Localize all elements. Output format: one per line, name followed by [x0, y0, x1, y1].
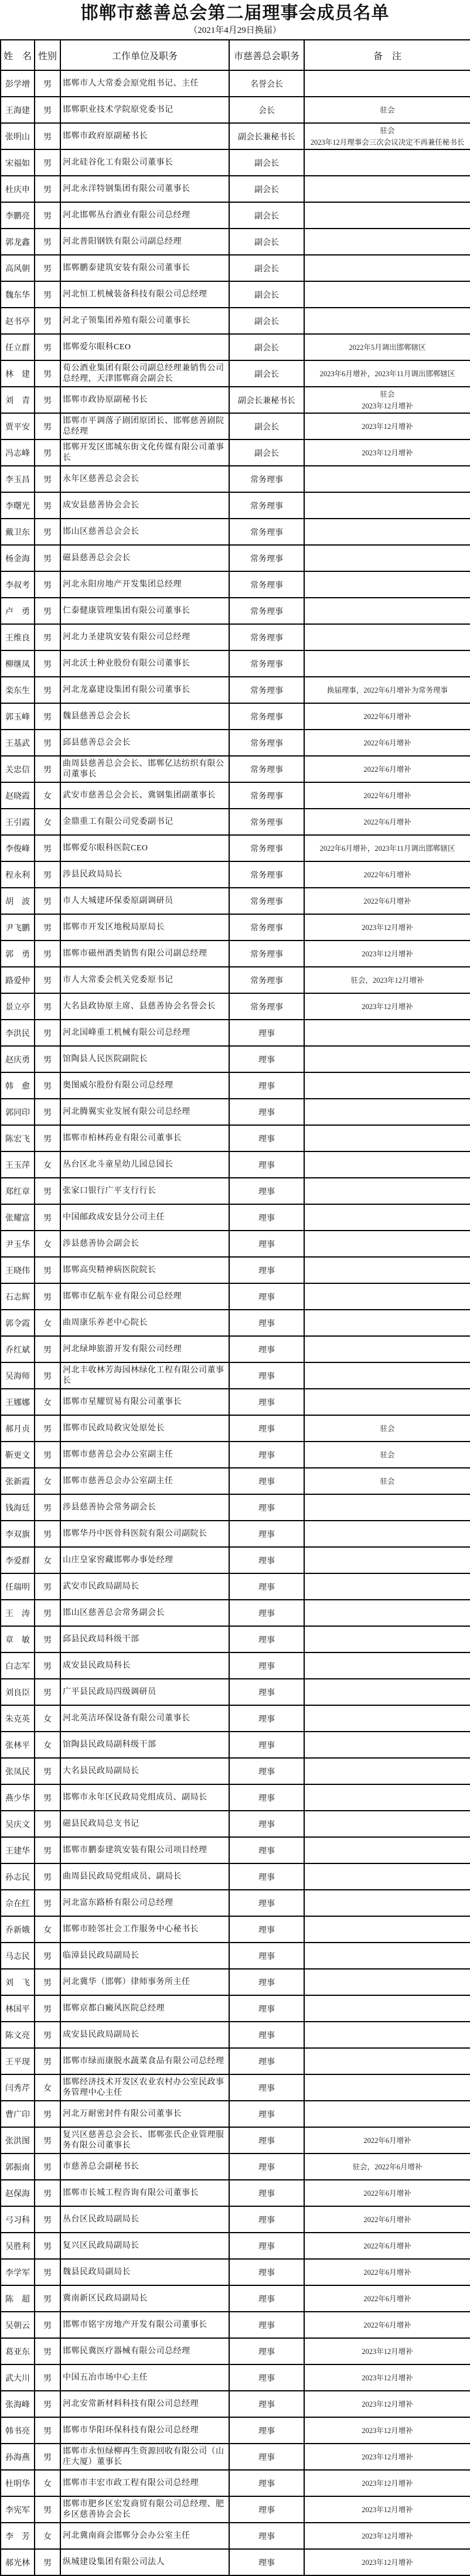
member-name: 陈文亮 — [1, 2022, 35, 2048]
member-association-role: 理事 — [229, 2154, 304, 2180]
member-work-title: 邯郸市磁州酒类销售有限公司副总经理 — [60, 941, 229, 967]
table-row: 刘 青 男 邯郸市政协原副秘书长 副会长兼秘书长 驻会 2023年12月增补 — [1, 387, 470, 413]
member-work-title: 纵城建设集团有限公司法人 — [60, 2549, 229, 2575]
member-remark — [304, 1336, 470, 1362]
member-name: 吴胜利 — [1, 2233, 35, 2259]
member-name: 魏东华 — [1, 281, 35, 308]
member-work-title: 邯郸市丰宏市政工程有限公司总经理 — [60, 2470, 229, 2496]
member-gender: 男 — [35, 281, 60, 308]
member-remark: 2022年6月增补 — [304, 2127, 470, 2154]
member-association-role: 常务理事 — [229, 941, 304, 967]
table-row: 卢 勇 男 仁泰健康管理集团有限公司董事长 常务理事 — [1, 598, 470, 624]
member-gender: 女 — [35, 1732, 60, 1758]
member-gender: 男 — [35, 1178, 60, 1204]
member-work-title: 中国邮政成安县分公司主任 — [60, 1204, 229, 1231]
member-name: 关忠信 — [1, 756, 35, 782]
member-gender: 男 — [35, 519, 60, 545]
table-row: 王平现 男 邯郸市绿而康脱水蔬菜食品有限公司总经理 理事 — [1, 2048, 470, 2074]
member-remark: 2023年12月增补 — [304, 413, 470, 439]
member-name: 吴海师 — [1, 1362, 35, 1389]
member-gender: 男 — [35, 176, 60, 202]
header-remark: 备 注 — [304, 40, 470, 70]
member-work-title: 张家口银行广平支行行长 — [60, 1178, 229, 1204]
member-gender: 男 — [35, 2127, 60, 2154]
member-name: 高风朝 — [1, 255, 35, 281]
header-association-role: 市慈善总会职务 — [229, 40, 304, 70]
member-association-role: 常务理事 — [229, 624, 304, 650]
table-row: 宋福如 男 河北硅谷化工有限公司董事长 副会长 — [1, 149, 470, 176]
member-remark: 2022年6月增补 — [304, 861, 470, 888]
member-work-title: 邯郸市政协原副秘书长 — [60, 387, 229, 413]
member-association-role: 常务理事 — [229, 650, 304, 677]
member-remark — [304, 519, 470, 545]
member-work-title: 磁县民政局总支书记 — [60, 1811, 229, 1837]
member-remark — [304, 650, 470, 677]
member-remark: 2023年12月增补 — [304, 2391, 470, 2417]
member-remark — [304, 1494, 470, 1521]
member-association-role: 副会长 — [229, 281, 304, 308]
member-association-role: 常务理事 — [229, 993, 304, 1020]
member-gender: 女 — [35, 1231, 60, 1257]
member-name: 郭 勇 — [1, 941, 35, 967]
member-gender: 男 — [35, 1600, 60, 1626]
member-association-role: 理事 — [229, 1389, 304, 1415]
table-row: 栾东生 男 河北龙嘉建设集团有限公司董事长 常务理事 换届理事，2022年6月增… — [1, 677, 470, 703]
member-association-role: 理事 — [229, 1310, 304, 1336]
member-name: 李学军 — [1, 2259, 35, 2285]
member-name: 孙志民 — [1, 1863, 35, 1890]
member-gender: 男 — [35, 1362, 60, 1389]
member-association-role: 副会长兼秘书长 — [229, 123, 304, 149]
table-row: 吴庆文 男 磁县民政局总支书记 理事 — [1, 1811, 470, 1837]
member-gender: 男 — [35, 229, 60, 255]
member-association-role: 理事 — [229, 2417, 304, 2444]
member-association-role: 副会长 — [229, 360, 304, 387]
member-name: 刘良臣 — [1, 1679, 35, 1705]
member-association-role: 常务理事 — [229, 835, 304, 861]
member-name: 陈 超 — [1, 2285, 35, 2312]
member-gender: 男 — [35, 2417, 60, 2444]
member-remark — [304, 1151, 470, 1178]
member-gender: 男 — [35, 1626, 60, 1652]
member-name: 张明山 — [1, 123, 35, 149]
member-work-title: 河北绿坤旅游开发有限公司经理 — [60, 1336, 229, 1362]
member-remark: 2022年6月增补 — [304, 2312, 470, 2338]
member-gender: 男 — [35, 2364, 60, 2391]
member-name: 李玉昌 — [1, 466, 35, 492]
member-gender: 女 — [35, 1151, 60, 1178]
member-work-title: 邯郸市星耀贸易有限公司董事长 — [60, 1389, 229, 1415]
member-work-title: 武安市慈善总会会长、冀钢集团副董事长 — [60, 782, 229, 809]
member-work-title: 邯郸市亿航车业有限公司总经理 — [60, 1283, 229, 1310]
table-row: 王晓伟 男 邯郸高臾精神病医院院长 理事 — [1, 1257, 470, 1283]
member-association-role: 理事 — [229, 1547, 304, 1573]
member-association-role: 常务理事 — [229, 861, 304, 888]
member-association-role: 理事 — [229, 1521, 304, 1547]
member-remark — [304, 1231, 470, 1257]
member-association-role: 理事 — [229, 2022, 304, 2048]
table-row: 冯志峰 男 邯郸开发区邯城东街文化传媒有限公司董事长 副会长 2023年12月增… — [1, 439, 470, 466]
member-name: 葛亚东 — [1, 2338, 35, 2364]
member-name: 张凤民 — [1, 1758, 35, 1784]
member-remark — [304, 1916, 470, 1943]
member-association-role: 理事 — [229, 1257, 304, 1283]
member-gender: 男 — [35, 1283, 60, 1310]
member-gender: 男 — [35, 1020, 60, 1046]
member-name: 章 敏 — [1, 1626, 35, 1652]
member-work-title: 大名县民政局副局长 — [60, 1758, 229, 1784]
member-work-title: 邱县慈善总会会长 — [60, 730, 229, 756]
member-name: 杜庆申 — [1, 176, 35, 202]
member-work-title: 市人大城建环保委原副调研员 — [60, 888, 229, 914]
member-gender: 男 — [35, 1046, 60, 1072]
table-row: 韩 愈 男 奥图威尔股份有限公司总经理 理事 — [1, 1072, 470, 1099]
member-name: 王玉萍 — [1, 1151, 35, 1178]
member-work-title: 河北国峰重工机械有限公司总经理 — [60, 1020, 229, 1046]
table-row: 靳更文 男 邯郸市慈善总会办公室副主任 理事 驻会 — [1, 1442, 470, 1468]
member-association-role: 理事 — [229, 1231, 304, 1257]
member-remark: 2022年6月增补 — [304, 2206, 470, 2233]
member-name: 杜明华 — [1, 2470, 35, 2496]
members-table: 姓 名 性别 工作单位及职务 市慈善总会职务 备 注 彭学增 男 邯郸市人大常委… — [0, 39, 470, 2576]
member-name: 任立群 — [1, 334, 35, 360]
table-row: 张新霞 女 邯郸市慈善总会办公室副主任 理事 驻会 — [1, 1468, 470, 1494]
member-gender: 男 — [35, 334, 60, 360]
member-association-role: 副会长 — [229, 255, 304, 281]
table-row: 吴海师 男 河北丰收林芳海园林绿化工程有限公司董事长 理事 — [1, 1362, 470, 1389]
member-work-title: 冀南新区民政局副局长 — [60, 2285, 229, 2312]
table-row: 彭学增 男 邯郸市人大常委会原党组书记、主任 名誉会长 — [1, 70, 470, 97]
member-work-title: 成安县慈善协会会长 — [60, 492, 229, 519]
member-gender: 男 — [35, 1072, 60, 1099]
member-name: 李宪军 — [1, 2496, 35, 2523]
member-association-role: 理事 — [229, 1626, 304, 1652]
table-row: 尹飞鹏 男 邯郸市开发区地税局原局长 常务理事 2023年12月增补 — [1, 914, 470, 941]
member-work-title: 河北沃土种业股份有限公司董事长 — [60, 650, 229, 677]
table-header: 姓 名 性别 工作单位及职务 市慈善总会职务 备 注 — [1, 40, 470, 70]
member-work-title: 邯郸市长城工程咨询有限公司董事长 — [60, 2180, 229, 2206]
table-row: 钱海廷 男 涉县慈善协会常务副会长 理事 — [1, 1494, 470, 1521]
member-work-title: 河北子领集团养殖有限公司董事长 — [60, 308, 229, 334]
table-row: 赵书亭 男 河北子领集团养殖有限公司董事长 副会长 — [1, 308, 470, 334]
member-gender: 女 — [35, 2523, 60, 2549]
member-gender: 男 — [35, 2444, 60, 2470]
member-gender: 男 — [35, 1442, 60, 1468]
member-remark: 2023年12月增补 — [304, 439, 470, 466]
member-name: 石志辉 — [1, 1283, 35, 1310]
table-row: 弓习科 男 丛台区民政局副局长 理事 2022年6月增补 — [1, 2206, 470, 2233]
member-gender: 男 — [35, 387, 60, 413]
member-work-title: 河北安常新材料科技有限公司总经理 — [60, 2391, 229, 2417]
table-row: 燕少华 男 邯郸市永年区民政局党组成员、副局长 理事 — [1, 1784, 470, 1811]
member-name: 张耀富 — [1, 1204, 35, 1231]
member-name: 李爱群 — [1, 1547, 35, 1573]
member-name: 王晓伟 — [1, 1257, 35, 1283]
table-row: 关忠信 男 曲周县慈善总会会长、邯郸亿达纺织有限公司董事长 常务理事 2022年… — [1, 756, 470, 782]
member-gender: 男 — [35, 1943, 60, 1969]
member-association-role: 理事 — [229, 1099, 304, 1125]
table-row: 赵保海 男 邯郸市长城工程咨询有限公司董事长 理事 2022年6月增补 — [1, 2180, 470, 2206]
member-name: 张新霞 — [1, 1468, 35, 1494]
member-association-role: 理事 — [229, 2496, 304, 2523]
member-gender: 男 — [35, 413, 60, 439]
member-name: 李叔考 — [1, 571, 35, 598]
member-name: 柳继凤 — [1, 650, 35, 677]
member-work-title: 魏县民政局副局长 — [60, 2259, 229, 2285]
table-row: 景立亭 男 大名县政协原主席、县慈善协会名誉会长 常务理事 2023年12月增补 — [1, 993, 470, 1020]
table-row: 张耀富 男 中国邮政成安县分公司主任 理事 — [1, 1204, 470, 1231]
member-remark — [304, 281, 470, 308]
table-row: 郑红章 男 张家口银行广平支行行长 理事 — [1, 1178, 470, 1204]
member-remark — [304, 1072, 470, 1099]
member-association-role: 理事 — [229, 1705, 304, 1732]
table-row: 陈 超 男 冀南新区民政局副局长 理事 2022年6月增补 — [1, 2285, 470, 2312]
member-association-role: 理事 — [229, 1204, 304, 1231]
table-row: 陈宏飞 男 邯郸市柏林药业有限公司董事长 理事 — [1, 1125, 470, 1151]
member-work-title: 邯郸市民政局救灾处原处长 — [60, 1415, 229, 1442]
member-remark: 驻会 2023年12月增补 — [304, 387, 470, 413]
member-association-role: 理事 — [229, 1969, 304, 1995]
member-association-role: 理事 — [229, 2523, 304, 2549]
member-gender: 男 — [35, 624, 60, 650]
member-name: 卢 勇 — [1, 598, 35, 624]
member-association-role: 理事 — [229, 1573, 304, 1600]
table-row: 白志军 男 成安县民政局科长 理事 — [1, 1652, 470, 1679]
member-work-title: 河北冀南商会邯郸分会办公室主任 — [60, 2523, 229, 2549]
member-remark: 2022年6月增补 — [304, 2285, 470, 2312]
member-work-title: 邯郸市慈善总会办公室副主任 — [60, 1442, 229, 1468]
member-gender: 男 — [35, 1099, 60, 1125]
member-remark — [304, 1178, 470, 1204]
member-name: 李双旗 — [1, 1521, 35, 1547]
member-remark: 2022年6月增补 — [304, 756, 470, 782]
member-association-role: 常务理事 — [229, 809, 304, 835]
table-row: 林国平 男 邯郸京都白癜风医院总经理 理事 — [1, 1995, 470, 2022]
member-remark — [304, 571, 470, 598]
member-work-title: 邯郸市慈善总会办公室副主任 — [60, 1468, 229, 1494]
member-remark — [304, 1362, 470, 1389]
member-gender: 男 — [35, 2391, 60, 2417]
member-remark — [304, 1573, 470, 1600]
member-work-title: 市慈善总会副秘书长 — [60, 2154, 229, 2180]
header-name: 姓 名 — [1, 40, 35, 70]
member-remark — [304, 1310, 470, 1336]
member-work-title: 武安市民政局副局长 — [60, 1573, 229, 1600]
member-gender: 男 — [35, 439, 60, 466]
member-work-title: 涉县慈善协会常务副会长 — [60, 1494, 229, 1521]
member-remark — [304, 149, 470, 176]
member-work-title: 邯郸市华阳环保科技有限公司总经理 — [60, 2417, 229, 2444]
member-gender: 女 — [35, 809, 60, 835]
member-name: 韩书亮 — [1, 2417, 35, 2444]
member-remark — [304, 1969, 470, 1995]
member-gender: 男 — [35, 993, 60, 1020]
page-subtitle: （2021年4月29日换届） — [0, 24, 470, 38]
member-gender: 男 — [35, 1890, 60, 1916]
member-gender: 男 — [35, 888, 60, 914]
member-name: 贾平安 — [1, 413, 35, 439]
member-gender: 男 — [35, 2496, 60, 2523]
member-name: 李 芳 — [1, 2523, 35, 2549]
table-row: 任立群 男 邯郸爱尔眼科CEO 副会长 2022年5月调出邯郸辖区 — [1, 334, 470, 360]
table-row: 刘 飞 男 河北冀华（邯郸）律师事务所主任 理事 — [1, 1969, 470, 1995]
member-work-title: 馆陶县民政局副科级干部 — [60, 1732, 229, 1758]
member-gender: 男 — [35, 835, 60, 861]
table-row: 王 涛 男 邯山区慈善总会常务副会长 理事 — [1, 1600, 470, 1626]
member-work-title: 曲周县民政局党组成员、副局长 — [60, 1863, 229, 1890]
member-name: 佘在红 — [1, 1890, 35, 1916]
member-gender: 男 — [35, 598, 60, 624]
member-work-title: 永年区慈善总会会长 — [60, 466, 229, 492]
table-row: 郭玉峰 男 魏县慈善总会会长 常务理事 2022年6月增补 — [1, 703, 470, 730]
member-work-title: 邯郸爱尔眼科医院CEO — [60, 835, 229, 861]
member-gender: 男 — [35, 1573, 60, 1600]
member-work-title: 河北英洁环保设备有限公司董事长 — [60, 1705, 229, 1732]
member-work-title: 仁泰健康管理集团有限公司董事长 — [60, 598, 229, 624]
member-gender: 男 — [35, 545, 60, 571]
member-gender: 男 — [35, 2233, 60, 2259]
member-name: 栾东生 — [1, 677, 35, 703]
member-remark: 2023年12月增补 — [304, 2417, 470, 2444]
member-work-title: 邯郸市肥乡区宏发商贸有限公司总经理、肥乡区慈善协会会长 — [60, 2496, 229, 2523]
member-association-role: 理事 — [229, 2549, 304, 2575]
member-remark: 2023年6月增补，2023年11月调出邯郸辖区 — [304, 360, 470, 387]
table-row: 王维良 男 河北力圣建筑安装有限公司总经理 常务理事 — [1, 624, 470, 650]
member-association-role: 理事 — [229, 1758, 304, 1784]
table-row: 李曙光 男 成安县慈善协会会长 常务理事 — [1, 492, 470, 519]
member-name: 宋福如 — [1, 149, 35, 176]
header-row: 姓 名 性别 工作单位及职务 市慈善总会职务 备 注 — [1, 40, 470, 70]
member-association-role: 理事 — [229, 1890, 304, 1916]
member-remark — [304, 70, 470, 97]
member-gender: 男 — [35, 1521, 60, 1547]
member-gender: 男 — [35, 360, 60, 387]
table-row: 张明山 男 邯郸市政府原副秘书长 副会长兼秘书长 驻会 2023年12月理事会三… — [1, 123, 470, 149]
table-row: 孙志民 男 曲周县民政局党组成员、副局长 理事 — [1, 1863, 470, 1890]
table-row: 武大川 男 中国五冶市场中心主任 理事 2023年12月增补 — [1, 2364, 470, 2391]
member-gender: 男 — [35, 1415, 60, 1442]
member-gender: 男 — [35, 149, 60, 176]
member-work-title: 磁县慈善总会会长 — [60, 545, 229, 571]
member-name: 李曙光 — [1, 492, 35, 519]
member-association-role: 常务理事 — [229, 519, 304, 545]
document-page: 邯郸市慈善总会第二届理事会成员名单 （2021年4月29日换届） 姓 名 性别 … — [0, 0, 470, 2576]
member-remark — [304, 1626, 470, 1652]
member-work-title: 魏县慈善总会会长 — [60, 703, 229, 730]
member-remark — [304, 1705, 470, 1732]
member-work-title: 河北丰收林芳海园林绿化工程有限公司董事长 — [60, 1362, 229, 1389]
table-row: 朱克英 女 河北英洁环保设备有限公司董事长 理事 — [1, 1705, 470, 1732]
member-remark — [304, 2074, 470, 2101]
member-association-role: 理事 — [229, 2312, 304, 2338]
member-remark: 驻会 2023年12月理事会三次会议决定不再兼任秘书长 — [304, 123, 470, 149]
member-association-role: 理事 — [229, 1811, 304, 1837]
member-remark: 驻会 — [304, 1442, 470, 1468]
member-remark — [304, 1837, 470, 1863]
member-gender: 男 — [35, 1652, 60, 1679]
member-association-role: 副会长 — [229, 334, 304, 360]
member-work-title: 山庄皇家窖藏邯郸办事处经理 — [60, 1547, 229, 1573]
member-remark — [304, 1125, 470, 1151]
member-work-title: 邯郸市平调落子剧团原团长、邯郸慈善剧院总经理 — [60, 413, 229, 439]
member-work-title: 邯郸市人大常委会原党组书记、主任 — [60, 70, 229, 97]
member-remark: 2022年6月增补 — [304, 703, 470, 730]
member-association-role: 理事 — [229, 1837, 304, 1863]
member-remark: 2023年12月增补 — [304, 941, 470, 967]
member-gender: 男 — [35, 1679, 60, 1705]
table-row: 杜庆申 男 河北永洋特钢集团有限公司董事长 副会长 — [1, 176, 470, 202]
member-association-role: 常务理事 — [229, 782, 304, 809]
table-row: 张林平 女 馆陶县民政局副科级干部 理事 — [1, 1732, 470, 1758]
member-work-title: 邱县民政局科级干部 — [60, 1626, 229, 1652]
member-name: 戴卫东 — [1, 519, 35, 545]
table-row: 葛亚东 男 邯郸民冀医疗器械有限公司总经理 理事 2023年12月增补 — [1, 2338, 470, 2364]
table-row: 郝光林 男 纵城建设集团有限公司法人 理事 2023年12月增补 — [1, 2549, 470, 2575]
member-remark: 2023年12月增补 — [304, 2549, 470, 2575]
member-remark: 2023年12月增补 — [304, 2523, 470, 2549]
member-remark: 驻会，2022年6月增补 — [304, 2154, 470, 2180]
member-remark — [304, 1204, 470, 1231]
member-name: 吴朝云 — [1, 2312, 35, 2338]
member-work-title: 邯郸华丹中医骨科医院有限公司副院长 — [60, 1521, 229, 1547]
member-remark: 2022年6月增补 — [304, 809, 470, 835]
member-gender: 男 — [35, 123, 60, 149]
member-name: 赵保海 — [1, 2180, 35, 2206]
member-remark: 换届理事，2022年6月增补为常务理事 — [304, 677, 470, 703]
member-name: 郝光林 — [1, 2549, 35, 2575]
table-row: 王建华 男 邯郸市鹏泰建筑安装有限公司项目经理 理事 — [1, 1837, 470, 1863]
table-row: 吴胜利 男 复兴区民政局副局长 理事 2022年6月增补 — [1, 2233, 470, 2259]
member-name: 燕少华 — [1, 1784, 35, 1811]
member-association-role: 理事 — [229, 2364, 304, 2391]
member-gender: 女 — [35, 1705, 60, 1732]
member-gender: 男 — [35, 1257, 60, 1283]
table-row: 王玉萍 女 丛台区北斗童星幼儿园总园长 理事 — [1, 1151, 470, 1178]
member-name: 马志民 — [1, 1943, 35, 1969]
member-name: 彭学增 — [1, 70, 35, 97]
table-row: 李宪军 男 邯郸市肥乡区宏发商贸有限公司总经理、肥乡区慈善协会会长 理事 202… — [1, 2496, 470, 2523]
member-name: 乔新娥 — [1, 1916, 35, 1943]
member-remark: 驻会 — [304, 97, 470, 123]
member-remark — [304, 1600, 470, 1626]
table-row: 李学军 男 魏县民政局副局长 理事 2022年6月增补 — [1, 2259, 470, 2285]
table-row: 王娜娜 女 邯郸市星耀贸易有限公司董事长 理事 — [1, 1389, 470, 1415]
member-name: 路爱仲 — [1, 967, 35, 993]
member-work-title: 邯山区慈善总会会长 — [60, 519, 229, 545]
member-gender: 男 — [35, 571, 60, 598]
member-association-role: 理事 — [229, 2259, 304, 2285]
member-name: 刘 飞 — [1, 1969, 35, 1995]
table-row: 闫秀芹 女 邯郸经济技术开发区农业农村办公室民政事务管理中心主任 理事 — [1, 2074, 470, 2101]
member-name: 王基武 — [1, 730, 35, 756]
member-association-role: 理事 — [229, 1362, 304, 1389]
member-remark — [304, 2101, 470, 2127]
member-gender: 男 — [35, 2206, 60, 2233]
member-remark: 2022年6月增补 — [304, 2180, 470, 2206]
table-row: 路爱仲 男 市人大常委会机关党委原书记 常务理事 驻会，2023年12月增补 — [1, 967, 470, 993]
member-remark — [304, 466, 470, 492]
member-association-role: 理事 — [229, 1600, 304, 1626]
member-work-title: 邯郸开发区邯城东街文化传媒有限公司董事长 — [60, 439, 229, 466]
member-name: 郭龙鑫 — [1, 229, 35, 255]
member-name: 张洪图 — [1, 2127, 35, 2154]
member-gender: 男 — [35, 2154, 60, 2180]
member-remark: 2022年5月调出邯郸辖区 — [304, 334, 470, 360]
member-name: 朱克英 — [1, 1705, 35, 1732]
member-gender: 男 — [35, 861, 60, 888]
member-gender: 男 — [35, 1784, 60, 1811]
member-remark — [304, 1257, 470, 1283]
